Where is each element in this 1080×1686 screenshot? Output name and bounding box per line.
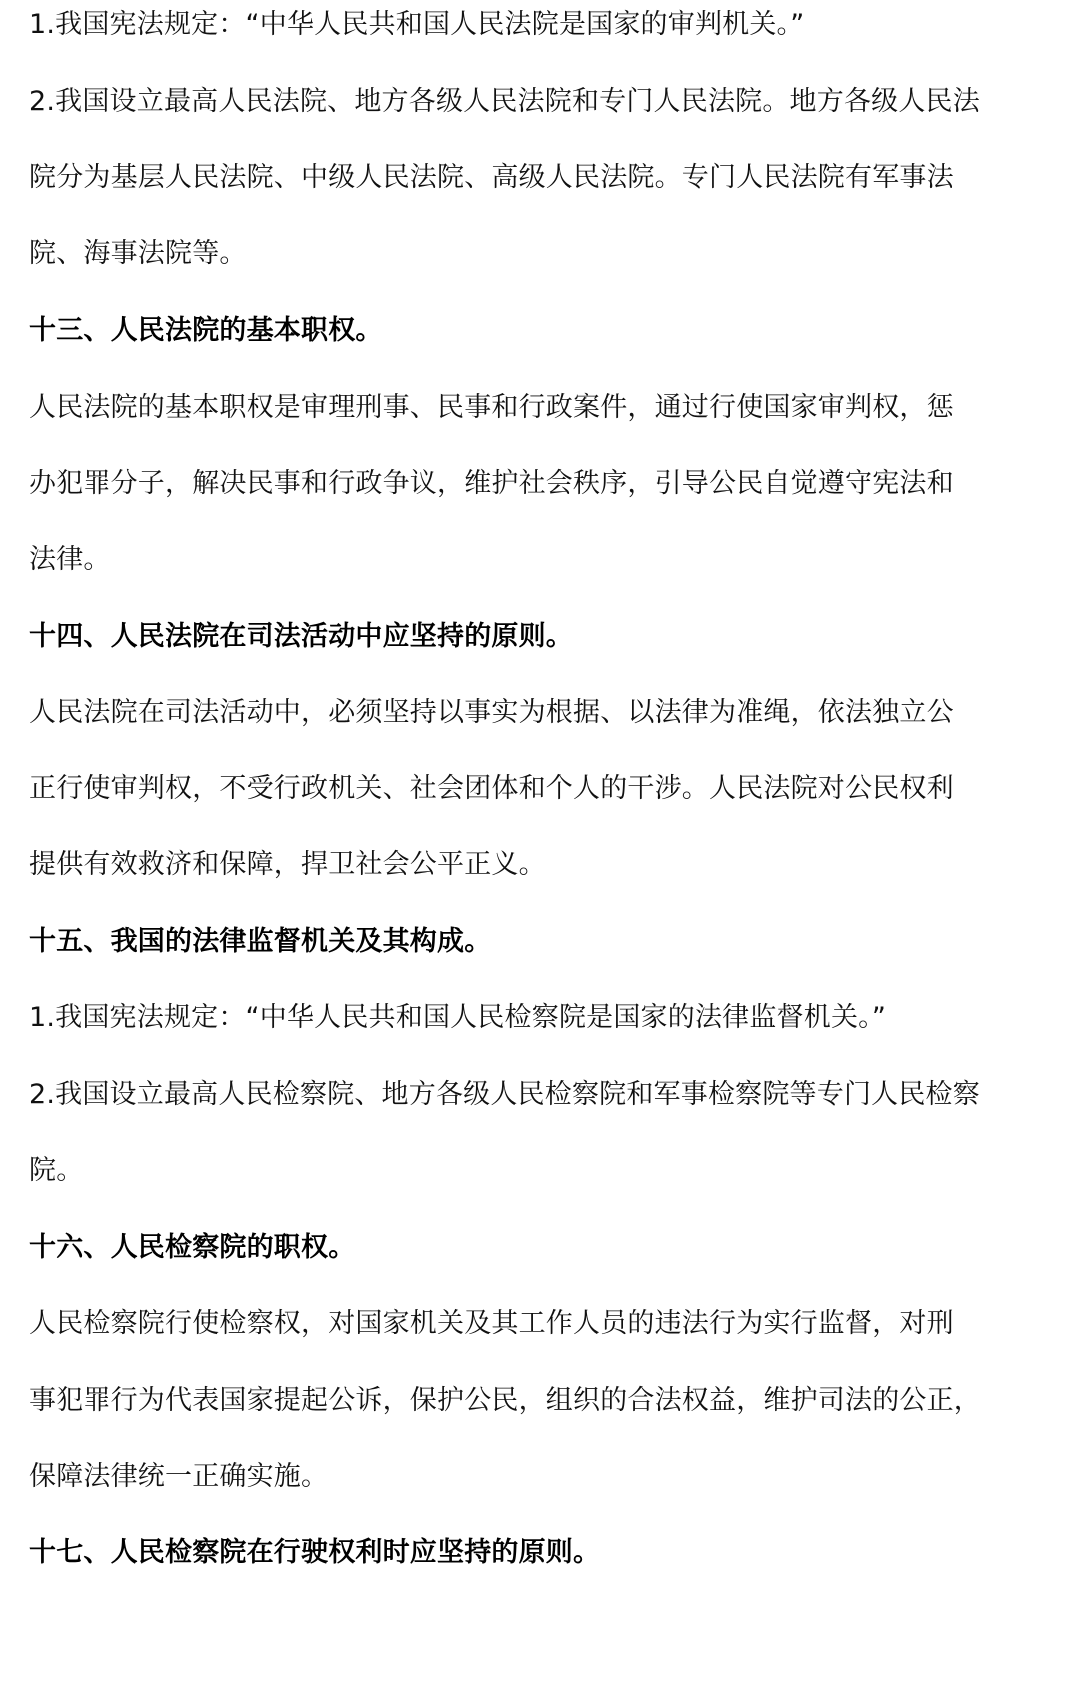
paragraph-line: 院、海事法院等。 — [29, 234, 247, 274]
paragraph-line: 事犯罪行为代表国家提起公诉，保护公民，组织的合法权益，维护司法的公正， — [29, 1381, 981, 1421]
paragraph-line: 院。 — [29, 1151, 83, 1191]
paragraph-line: 法律。 — [29, 540, 111, 580]
paragraph-line: 提供有效救济和保障，捍卫社会公平正义。 — [29, 845, 546, 885]
section-heading-16: 十六、人民检察院的职权。 — [29, 1228, 355, 1268]
paragraph-line: 1.我国宪法规定：“中华人民共和国人民检察院是国家的法律监督机关。” — [29, 998, 886, 1038]
paragraph-line: 2.我国设立最高人民检察院、地方各级人民检察院和军事检察院等专门人民检察 — [29, 1075, 980, 1115]
paragraph-line: 1.我国宪法规定：“中华人民共和国人民法院是国家的审判机关。” — [29, 5, 804, 45]
paragraph-line: 办犯罪分子，解决民事和行政争议，维护社会秩序，引导公民自觉遵守宪法和 — [29, 464, 954, 504]
paragraph-line: 人民法院在司法活动中，必须坚持以事实为根据、以法律为准绳，依法独立公 — [29, 693, 954, 733]
section-heading-17: 十七、人民检察院在行驶权利时应坚持的原则。 — [29, 1533, 600, 1573]
paragraph-line: 正行使审判权，不受行政机关、社会团体和个人的干涉。人民法院对公民权利 — [29, 769, 954, 809]
section-heading-13: 十三、人民法院的基本职权。 — [29, 311, 383, 351]
paragraph-line: 2.我国设立最高人民法院、地方各级人民法院和专门人民法院。地方各级人民法 — [29, 82, 980, 122]
paragraph-line: 人民法院的基本职权是审理刑事、民事和行政案件，通过行使国家审判权，惩 — [29, 388, 954, 428]
paragraph-line: 保障法律统一正确实施。 — [29, 1457, 328, 1497]
section-heading-15: 十五、我国的法律监督机关及其构成。 — [29, 922, 491, 962]
paragraph-line: 人民检察院行使检察权，对国家机关及其工作人员的违法行为实行监督，对刑 — [29, 1304, 954, 1344]
paragraph-line: 院分为基层人民法院、中级人民法院、高级人民法院。专门人民法院有军事法 — [29, 158, 954, 198]
section-heading-14: 十四、人民法院在司法活动中应坚持的原则。 — [29, 617, 573, 657]
